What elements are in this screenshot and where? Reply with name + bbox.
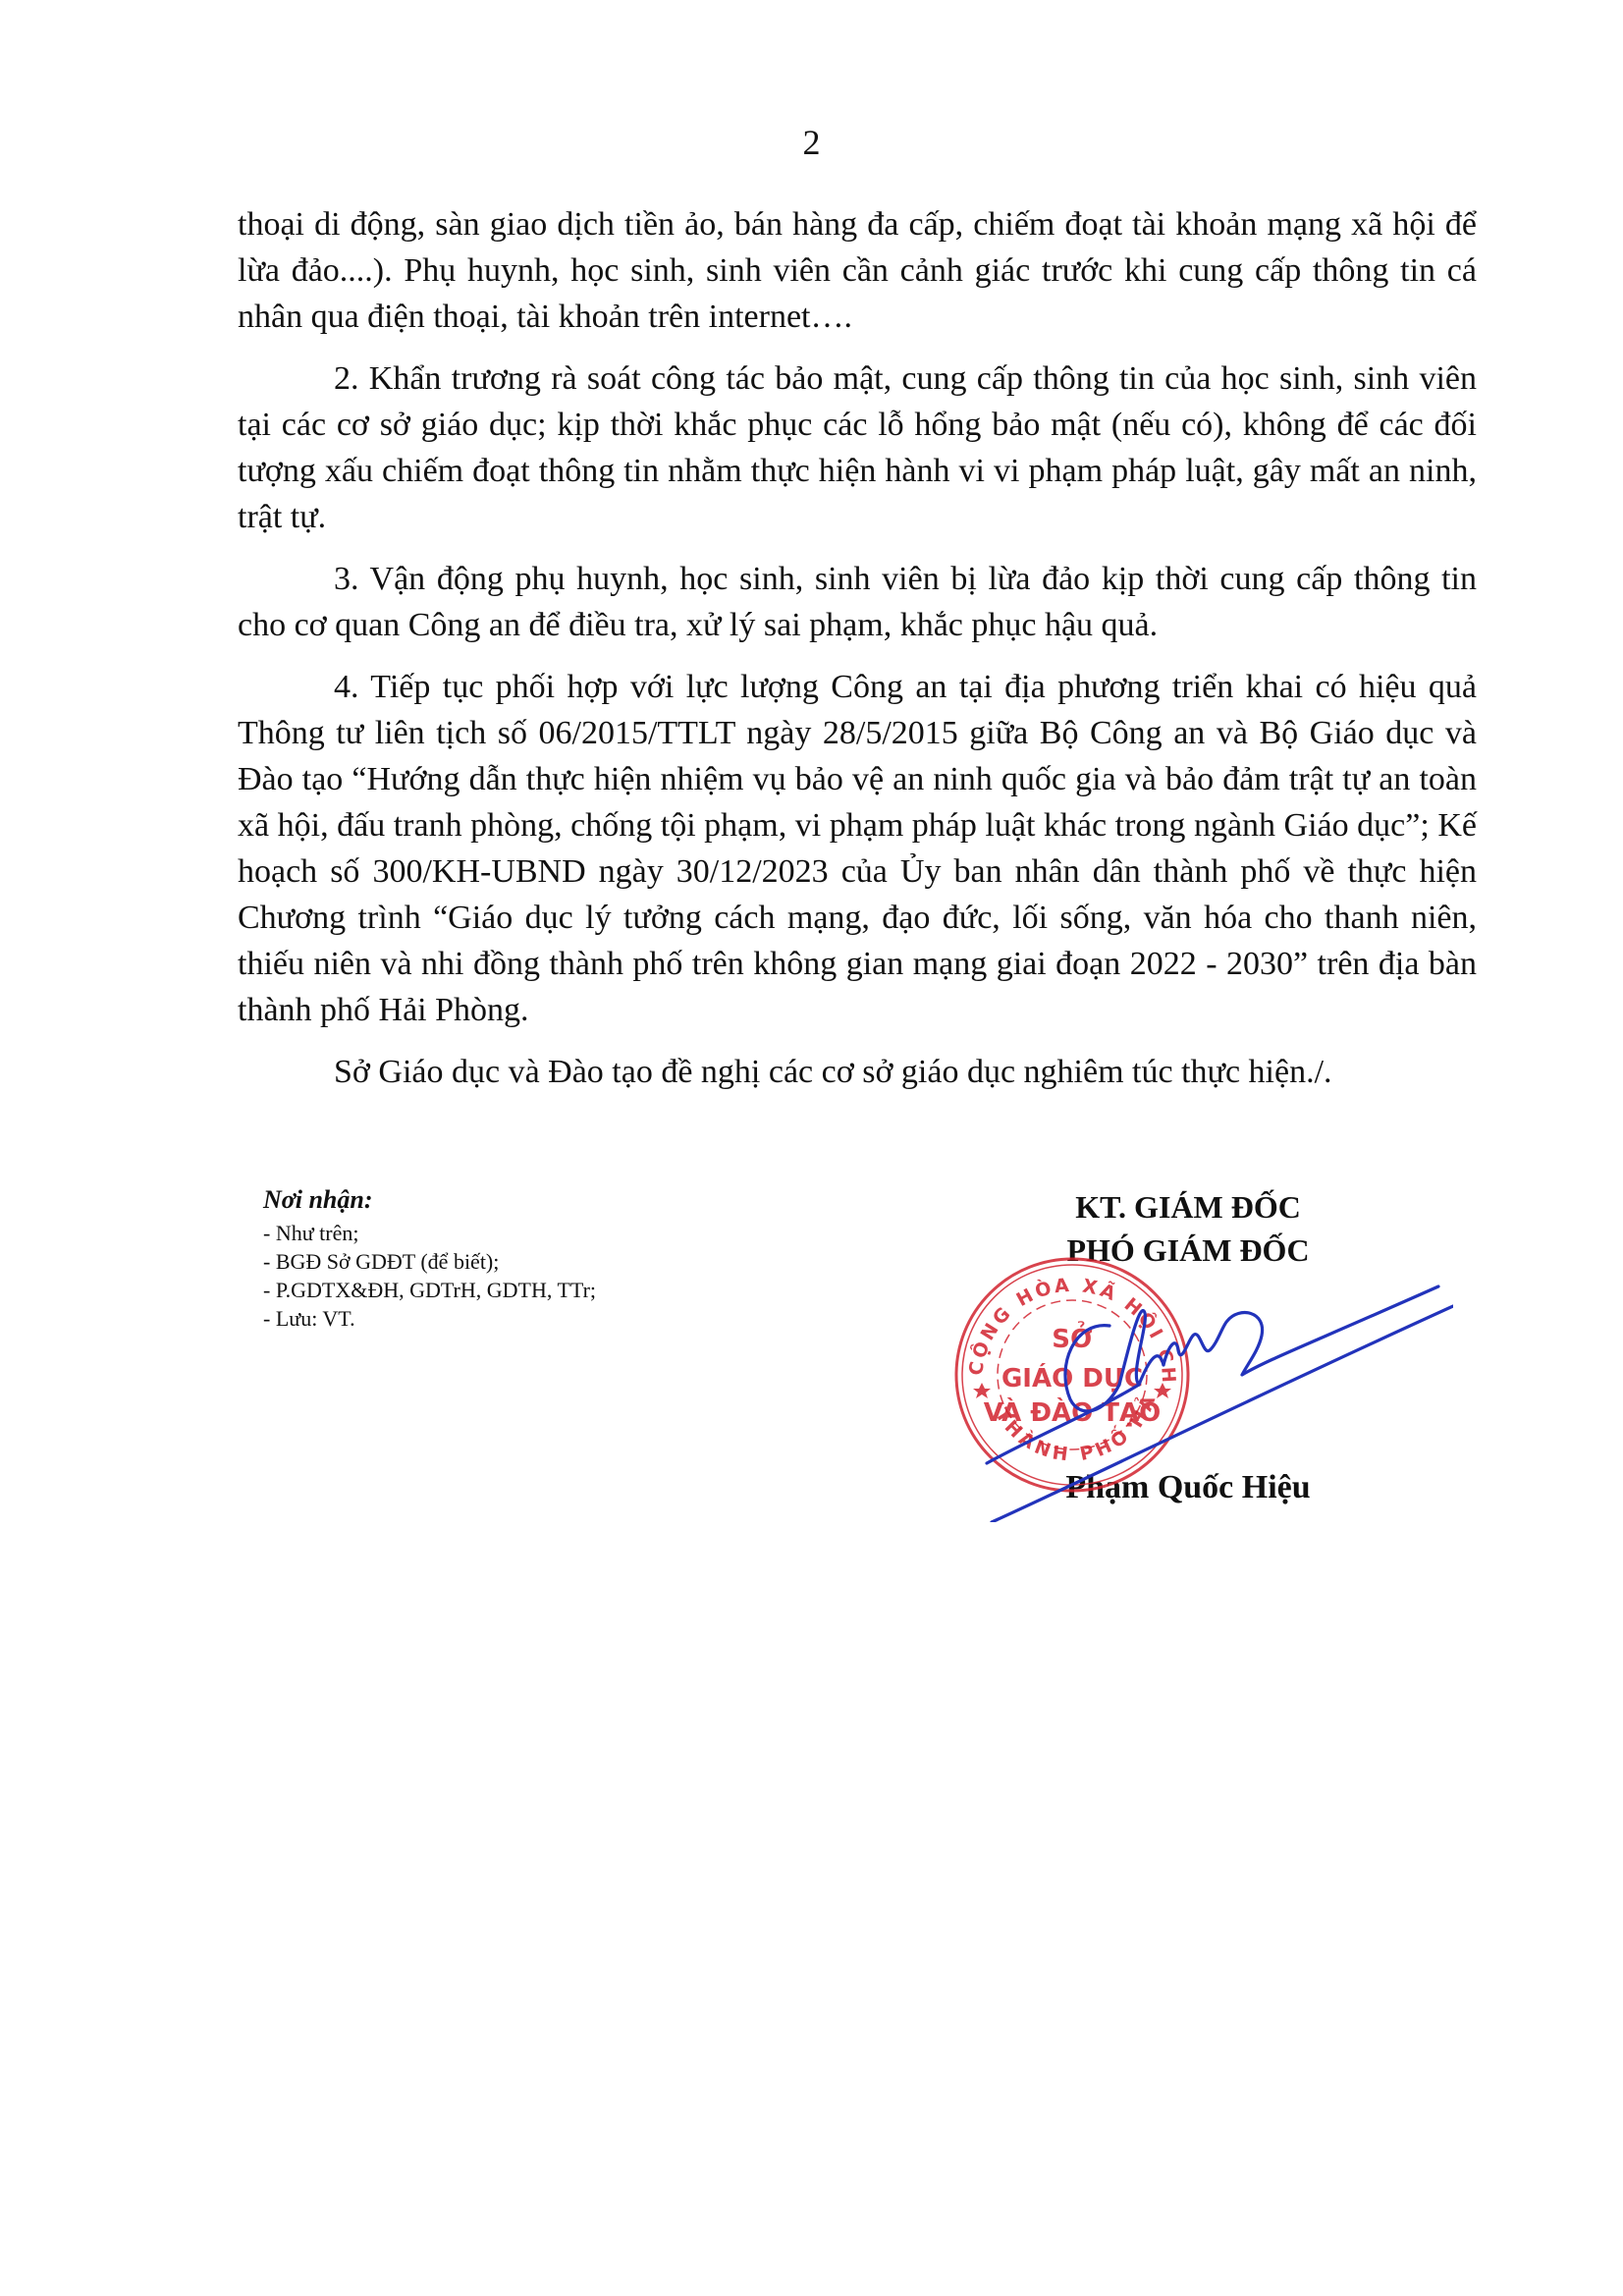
paragraph-item-3: 3. Vận động phụ huynh, học sinh, sinh vi… <box>238 556 1477 648</box>
page-number: 2 <box>0 123 1623 162</box>
recipient-item: - Như trên; <box>263 1219 774 1247</box>
document-page: 2 thoại di động, sàn giao dịch tiền ảo, … <box>0 0 1623 2296</box>
paragraph-item-2: 2. Khẩn trương rà soát công tác bảo mật,… <box>238 355 1477 540</box>
document-body: thoại di động, sàn giao dịch tiền ảo, bá… <box>238 201 1477 1111</box>
recipients-block: Nơi nhận: - Như trên; - BGĐ Sở GDĐT (để … <box>263 1183 774 1333</box>
paragraph-continuation: thoại di động, sàn giao dịch tiền ảo, bá… <box>238 201 1477 340</box>
paragraph-closing: Sở Giáo dục và Đào tạo đề nghị các cơ sở… <box>238 1049 1477 1095</box>
recipient-item: - P.GDTX&ĐH, GDTrH, GDTH, TTr; <box>263 1276 774 1304</box>
recipient-item: - BGĐ Sở GDĐT (để biết); <box>263 1247 774 1276</box>
recipients-title: Nơi nhận: <box>263 1183 774 1217</box>
paragraph-item-4: 4. Tiếp tục phối hợp với lực lượng Công … <box>238 664 1477 1033</box>
recipient-item: - Lưu: VT. <box>263 1304 774 1333</box>
signer-title-line1: KT. GIÁM ĐỐC <box>943 1185 1434 1229</box>
signature-icon <box>982 1267 1453 1522</box>
